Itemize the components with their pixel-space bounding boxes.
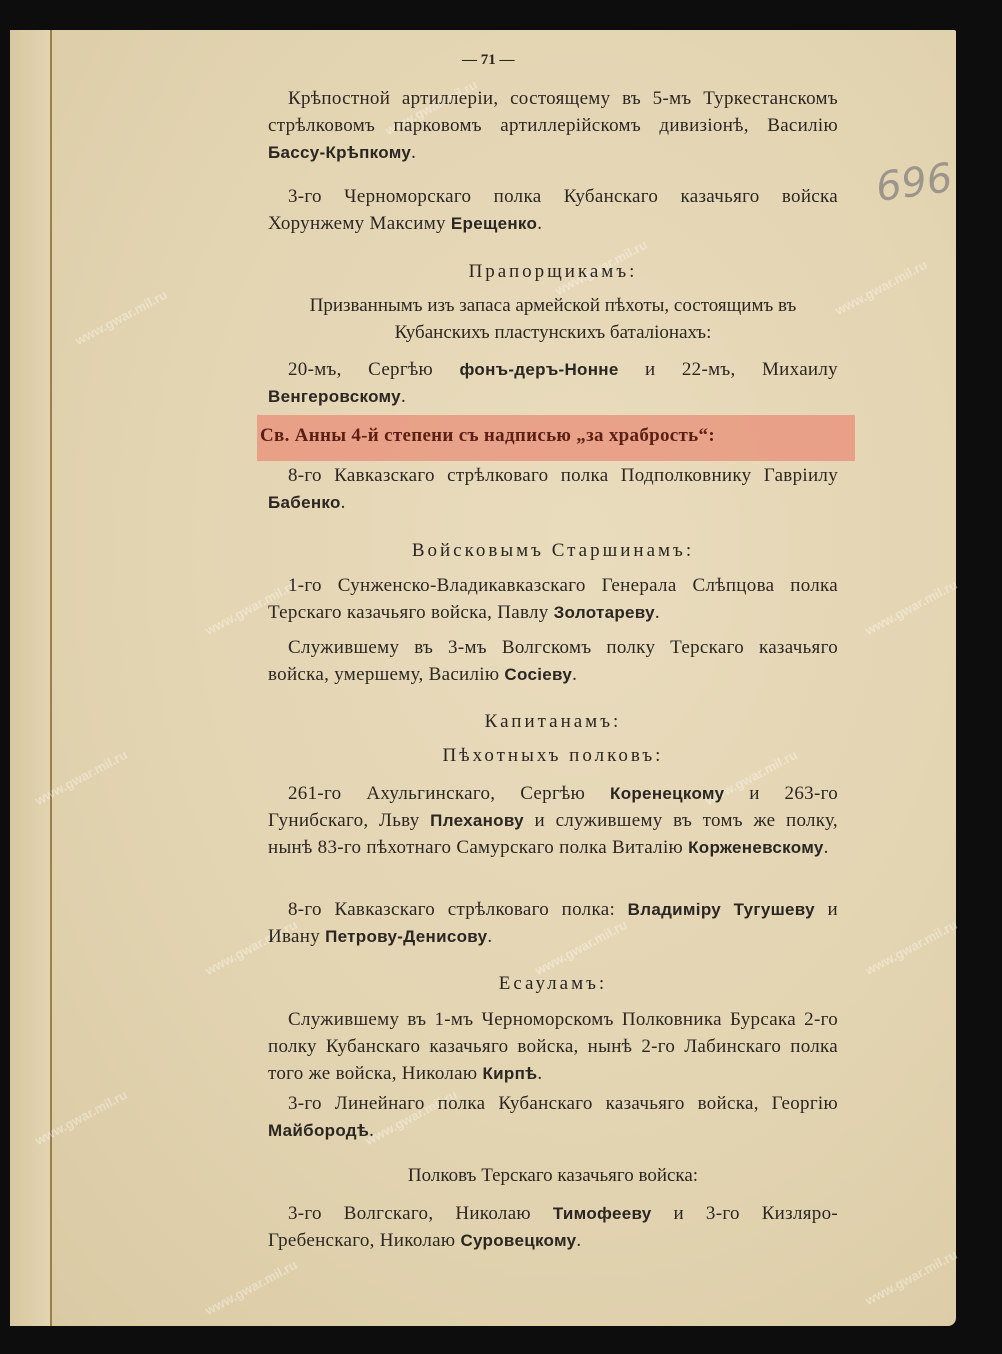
paragraph: 261-го Ахульгинскаго, Сергѣю Коренецкому…	[268, 780, 838, 861]
watermark: www.gwar.mil.ru	[72, 287, 169, 348]
surname: Бассу-Крѣпкому	[268, 143, 411, 162]
surname: Петрову-Денисову	[325, 927, 487, 946]
surname: Тимофееву	[553, 1204, 652, 1223]
surname: Кирпѣ	[482, 1064, 537, 1083]
surname: Коренецкому	[610, 784, 724, 803]
paragraph: 3-го Волгскаго, Николаю Тимофееву и 3-го…	[268, 1200, 838, 1254]
surname: Сосіеву	[504, 665, 572, 684]
highlighted-award-heading: Св. Анны 4-й степени съ надписью „за хра…	[260, 425, 840, 447]
surname: Ерещенко	[451, 214, 537, 233]
paragraph: 8-го Кавказскаго стрѣлковаго полка: Влад…	[268, 896, 838, 950]
section-subheading: Пѣхотныхъ полковъ:	[268, 742, 838, 769]
surname: Плеханову	[430, 811, 524, 830]
paragraph: 20-мъ, Сергѣю фонъ-деръ-Нонне и 22-мъ, М…	[268, 356, 838, 410]
watermark: www.gwar.mil.ru	[202, 1257, 299, 1318]
paragraph: Крѣпостной артиллеріи, состоящему въ 5-м…	[268, 85, 838, 166]
surname: Бабенко	[268, 493, 341, 512]
paragraph: 3-го Линейнаго полка Кубанскаго казачьяг…	[268, 1090, 838, 1144]
surname: Владиміру Тугушеву	[628, 900, 815, 919]
binding-crease	[50, 30, 52, 1326]
watermark: www.gwar.mil.ru	[862, 1247, 959, 1308]
section-heading: Капитанамъ:	[268, 708, 838, 735]
section-subheading: Призваннымъ изъ запаса армейской пѣхоты,…	[268, 292, 838, 346]
surname: Майбородѣ	[268, 1121, 369, 1140]
left-page-fold	[10, 30, 50, 1326]
paragraph: Служившему въ 1-мъ Черноморскомъ Полковн…	[268, 1006, 838, 1087]
handwritten-archive-number: 696	[873, 155, 955, 211]
section-heading: Есауламъ:	[268, 970, 838, 997]
paragraph: 1-го Сунженско-Владикавказскаго Генерала…	[268, 572, 838, 626]
paragraph: Служившему въ 3-мъ Волгскомъ полку Терск…	[268, 634, 838, 688]
watermark: www.gwar.mil.ru	[862, 577, 959, 638]
section-subheading: Полковъ Терскаго казачьяго войска:	[268, 1162, 838, 1189]
surname: Венгеровскому	[268, 387, 401, 406]
paragraph: 3-го Черноморскаго полка Кубанскаго каза…	[268, 183, 838, 237]
page-number: — 71 —	[462, 52, 515, 69]
surname: Суровецкому	[460, 1231, 576, 1250]
surname: Корженевскому	[688, 838, 824, 857]
surname: фонъ-деръ-Нонне	[459, 360, 618, 379]
watermark: www.gwar.mil.ru	[862, 917, 959, 978]
section-heading: Прапорщикамъ:	[268, 258, 838, 285]
surname: Золотареву	[554, 603, 655, 622]
section-heading: Войсковымъ Старшинамъ:	[268, 537, 838, 564]
paragraph: 8-го Кавказскаго стрѣлковаго полка Подпо…	[268, 462, 838, 516]
watermark: www.gwar.mil.ru	[832, 257, 929, 318]
